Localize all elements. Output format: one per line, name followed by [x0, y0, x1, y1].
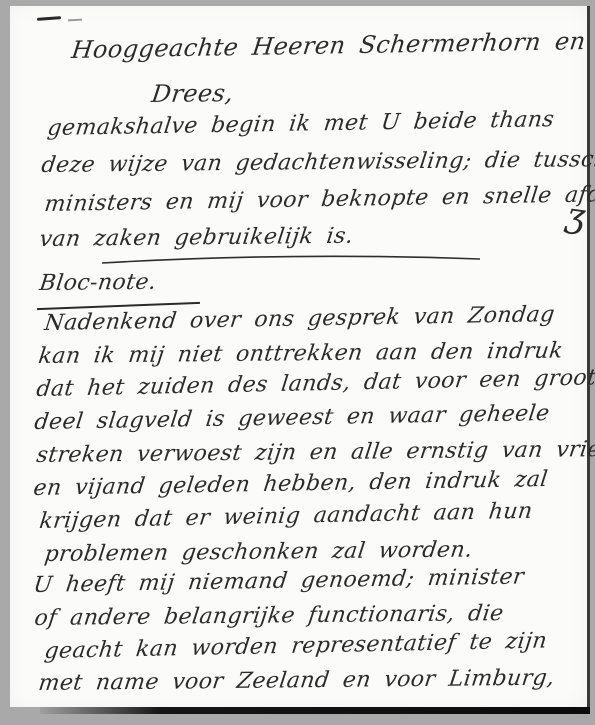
page-bottom-edge: [40, 707, 590, 714]
paragraph1-line-4: van zaken gebruikelijk is.: [38, 224, 355, 252]
paragraph1-line-2: deze wijze van gedachtenwisseling; die t…: [40, 147, 595, 178]
flourish-mark: ʒ: [563, 195, 588, 237]
paragraph2-line-5: streken verwoest zijn en alle ernstig va…: [35, 437, 595, 468]
paragraph2-line-3: dat het zuiden des lands, dat voor een g…: [35, 365, 595, 402]
salutation-line-2: Drees,: [150, 79, 235, 108]
paragraph2-line-10: of andere belangrijke functionaris, die: [33, 601, 505, 631]
paragraph2-line-7: krijgen dat er weinig aandacht aan hun: [38, 499, 534, 534]
paragraph1-line-3: ministers en mij voor beknopte en snelle…: [43, 182, 595, 217]
paragraph2-line-6: en vijand geleden hebben, den indruk zal: [32, 467, 549, 501]
paragraph2-line-4: deel slagveld is geweest en waar geheele: [33, 401, 551, 435]
paragraph2-line-8: problemen geschonken zal worden.: [43, 538, 474, 567]
salutation-line-1: Hooggeachte Heeren Schermerhorn en: [70, 27, 587, 64]
paragraph2-line-2: kan ik mij niet onttrekken aan den indru…: [37, 339, 565, 369]
pen-mark-icon: [37, 16, 61, 21]
paragraph2-line-12: met name voor Zeeland en voor Limburg,: [37, 666, 556, 696]
bloc-note-heading: Bloc-note.: [38, 270, 158, 296]
paragraph2-line-9: U heeft mij niemand genoemd; minister: [32, 564, 526, 598]
paragraph2-line-1: Nadenkend over ons gesprek van Zondag: [43, 302, 556, 336]
letter-page: Hooggeachte Heeren Schermerhorn en Drees…: [10, 6, 590, 707]
pen-mark-faint-icon: [68, 19, 82, 22]
separator-rule: [100, 250, 482, 266]
paragraph1-line-1: gemakshalve begin ik met U beide thans: [46, 107, 556, 141]
paragraph2-line-11: geacht kan worden representatief te zijn: [43, 629, 548, 664]
scanned-letter: { "colors": { "ink": "#2b2b2b", "paper":…: [0, 0, 595, 725]
